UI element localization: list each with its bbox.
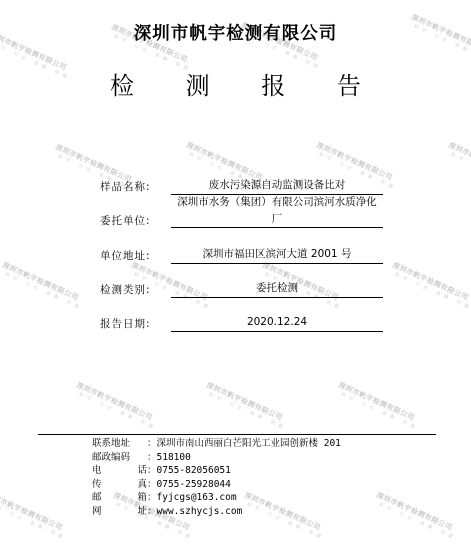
contact-key: 联系地址 xyxy=(92,437,147,451)
field-value-report-date: 2020.12.24 xyxy=(171,314,383,332)
contact-key-text: 话 xyxy=(137,464,147,478)
watermark: 深圳市帆宇检测有限公司科学 公正 准确 快捷 xyxy=(388,262,471,312)
contact-value: 0755-25928044 xyxy=(157,478,231,492)
field-value-address: 深圳市福田区滨河大道 2001 号 xyxy=(171,246,383,264)
contact-fax: 传真：0755-25928044 xyxy=(92,478,341,492)
watermark: 深圳市帆宇检测有限公司科学 公正 准确 快捷 xyxy=(334,382,422,432)
field-value-test-category: 委托检测 xyxy=(171,280,383,298)
report-title: 检 测 报 告 xyxy=(0,66,471,101)
contact-key: 邮箱 xyxy=(92,491,147,505)
watermark: 深圳市帆宇检测有限公司科学 公正 准确 快捷 xyxy=(202,382,290,432)
field-label-report-date: 报告日期: xyxy=(100,316,151,331)
contact-key-text: 网 xyxy=(92,505,102,519)
watermark-slogan: 科学 公正 准确 快捷 xyxy=(208,393,287,432)
watermark-text: 深圳市帆宇检测有限公司 xyxy=(1,262,87,306)
contact-value: 518100 xyxy=(157,451,191,465)
field-label-client: 委托单位: xyxy=(100,213,151,228)
contact-value: 深圳市南山西丽白芒阳光工业园创新楼 201 xyxy=(157,437,341,451)
contact-key: 网址 xyxy=(92,505,147,519)
watermark-text: 深圳市帆宇检测有限公司 xyxy=(447,142,471,186)
field-label-sample-name: 样品名称: xyxy=(100,179,151,194)
watermark: 深圳市帆宇检测有限公司科学 公正 准确 快捷 xyxy=(444,142,471,192)
contact-email-link[interactable]: fyjcgs@163.com xyxy=(157,491,237,505)
watermark-slogan: 科学 公正 准确 快捷 xyxy=(450,153,471,192)
contact-key-text: 邮政编码 xyxy=(92,451,130,465)
field-value-sample-name: 废水污染源自动监测设备比对 xyxy=(171,177,383,195)
watermark: 深圳市帆宇检测有限公司科学 公正 准确 快捷 xyxy=(0,262,86,312)
contact-sep: ： xyxy=(147,451,157,465)
contact-sep: ： xyxy=(147,464,157,478)
contact-key-text: 真 xyxy=(137,478,147,492)
contact-value: 0755-82056051 xyxy=(157,464,231,478)
field-value-client: 深圳市水务（集团）有限公司滨河水质净化厂 xyxy=(171,194,383,228)
contact-sep: ： xyxy=(147,478,157,492)
footer-divider xyxy=(38,434,436,435)
watermark-text: 深圳市帆宇检测有限公司 xyxy=(75,382,161,426)
watermark: 深圳市帆宇检测有限公司科学 公正 准确 快捷 xyxy=(372,492,460,542)
contact-key-text: 箱 xyxy=(137,491,147,505)
watermark-text: 深圳市帆宇检测有限公司 xyxy=(375,492,461,536)
watermark-slogan: 科学 公正 准确 快捷 xyxy=(4,273,83,312)
watermark-slogan: 科学 公正 准确 快捷 xyxy=(378,503,457,542)
contact-key: 电话 xyxy=(92,464,147,478)
contact-sep: ： xyxy=(147,437,157,451)
watermark-slogan: 科学 公正 准确 快捷 xyxy=(394,273,471,312)
contact-key: 传真 xyxy=(92,478,147,492)
contact-sep: ： xyxy=(147,491,157,505)
watermark-text: 深圳市帆宇检测有限公司 xyxy=(0,492,70,536)
watermark-slogan: 科学 公正 准确 快捷 xyxy=(0,503,67,542)
contact-key-text: 址 xyxy=(137,505,147,519)
contact-key-text: 邮 xyxy=(92,491,102,505)
watermark-text: 深圳市帆宇检测有限公司 xyxy=(205,382,291,426)
contact-phone: 电话：0755-82056051 xyxy=(92,464,341,478)
contact-key-text: 电 xyxy=(92,464,102,478)
watermark-slogan: 科学 公正 准确 快捷 xyxy=(340,393,419,432)
watermark: 深圳市帆宇检测有限公司科学 公正 准确 快捷 xyxy=(0,492,70,542)
company-name: 深圳市帆宇检测有限公司 xyxy=(0,20,471,45)
contact-website: 网址：www.szhycjs.com xyxy=(92,505,341,519)
watermark-text: 深圳市帆宇检测有限公司 xyxy=(337,382,423,426)
watermark-text: 深圳市帆宇检测有限公司 xyxy=(391,262,471,306)
contact-sep: ： xyxy=(147,505,157,519)
contact-website-link[interactable]: www.szhycjs.com xyxy=(157,505,243,519)
field-label-address: 单位地址: xyxy=(100,248,151,263)
contact-key-text: 联系地址 xyxy=(92,437,130,451)
contact-email: 邮箱：fyjcgs@163.com xyxy=(92,491,341,505)
contact-key-text: 传 xyxy=(92,478,102,492)
contact-info: 联系地址：深圳市南山西丽白芒阳光工业园创新楼 201 邮政编码：518100 电… xyxy=(92,437,341,519)
watermark: 深圳市帆宇检测有限公司科学 公正 准确 快捷 xyxy=(72,382,160,432)
field-label-test-category: 检测类别: xyxy=(100,282,151,297)
contact-key: 邮政编码 xyxy=(92,451,147,465)
watermark-slogan: 科学 公正 准确 快捷 xyxy=(78,393,157,432)
contact-postcode: 邮政编码：518100 xyxy=(92,451,341,465)
contact-address: 联系地址：深圳市南山西丽白芒阳光工业园创新楼 201 xyxy=(92,437,341,451)
